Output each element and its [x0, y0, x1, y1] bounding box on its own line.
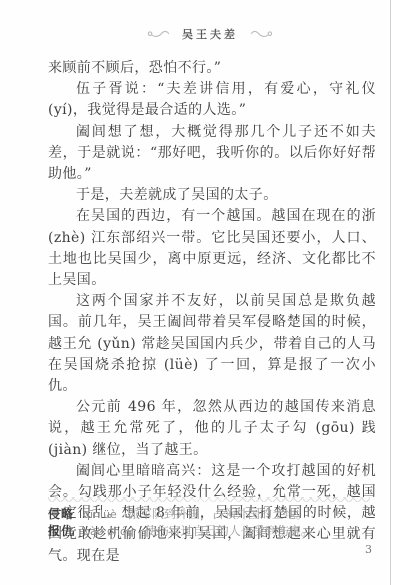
paragraph: 这两个国家并不友好，以前吴国总是欺负越国。前几年，吴王阖闾带着吴军侵略楚国的时候… [48, 291, 376, 397]
body-text: 来顾前不顾后，恐怕不行。”伍子胥说：“夫差讲信用，有爱心，守礼仪 (yí)，我觉… [48, 58, 376, 567]
swash-ornament-right-icon [250, 28, 274, 40]
swash-ornament-left-icon [146, 28, 170, 40]
paragraph: 公元前 496 年，忽然从西边的越国传来消息说，越王允常死了，他的儿子太子勾 (… [48, 397, 376, 461]
footnote-word: 侵略 [48, 507, 74, 521]
paragraph: 于是，夫差就成了吴国的太子。 [48, 185, 376, 206]
footnote-definition: 使伤害过自己的人也受到伤害。 [145, 524, 313, 538]
footnotes: 侵略qīnlüè派军队到外国，占领外国的土地。报仇bào chóu使伤害过自己的… [48, 506, 372, 540]
footnote-separator [48, 497, 370, 502]
footnote-pinyin: bào chóu [83, 525, 134, 538]
page-number: 3 [48, 543, 372, 556]
page-header: 吴王夫差 [48, 26, 372, 42]
book-page: 吴王夫差 来顾前不顾后，恐怕不行。”伍子胥说：“夫差讲信用，有爱心，守礼仪 (y… [0, 0, 391, 585]
footnote-definition: 派军队到外国，占领外国的土地。 [128, 507, 308, 521]
paragraph: 在吴国的西边，有一个越国。越国在现在的浙 (zhè) 江东部绍兴一带。它比吴国还… [48, 206, 376, 291]
footnote-word: 报仇 [48, 524, 74, 538]
footnote-entry: 报仇bào chóu使伤害过自己的人也受到伤害。 [48, 523, 372, 540]
paragraph: 伍子胥说：“夫差讲信用，有爱心，守礼仪 (yí)，我觉得是最合适的人选。” [48, 79, 376, 121]
page-title: 吴王夫差 [182, 26, 238, 42]
footnote-entry: 侵略qīnlüè派军队到外国，占领外国的土地。 [48, 506, 372, 523]
paragraph: 来顾前不顾后，恐怕不行。” [48, 58, 376, 79]
footnote-pinyin: qīnlüè [83, 508, 117, 521]
paragraph: 阖闾想了想，大概觉得那几个儿子还不如夫差，于是就说：“那好吧，我听你的。以后你好… [48, 122, 376, 186]
